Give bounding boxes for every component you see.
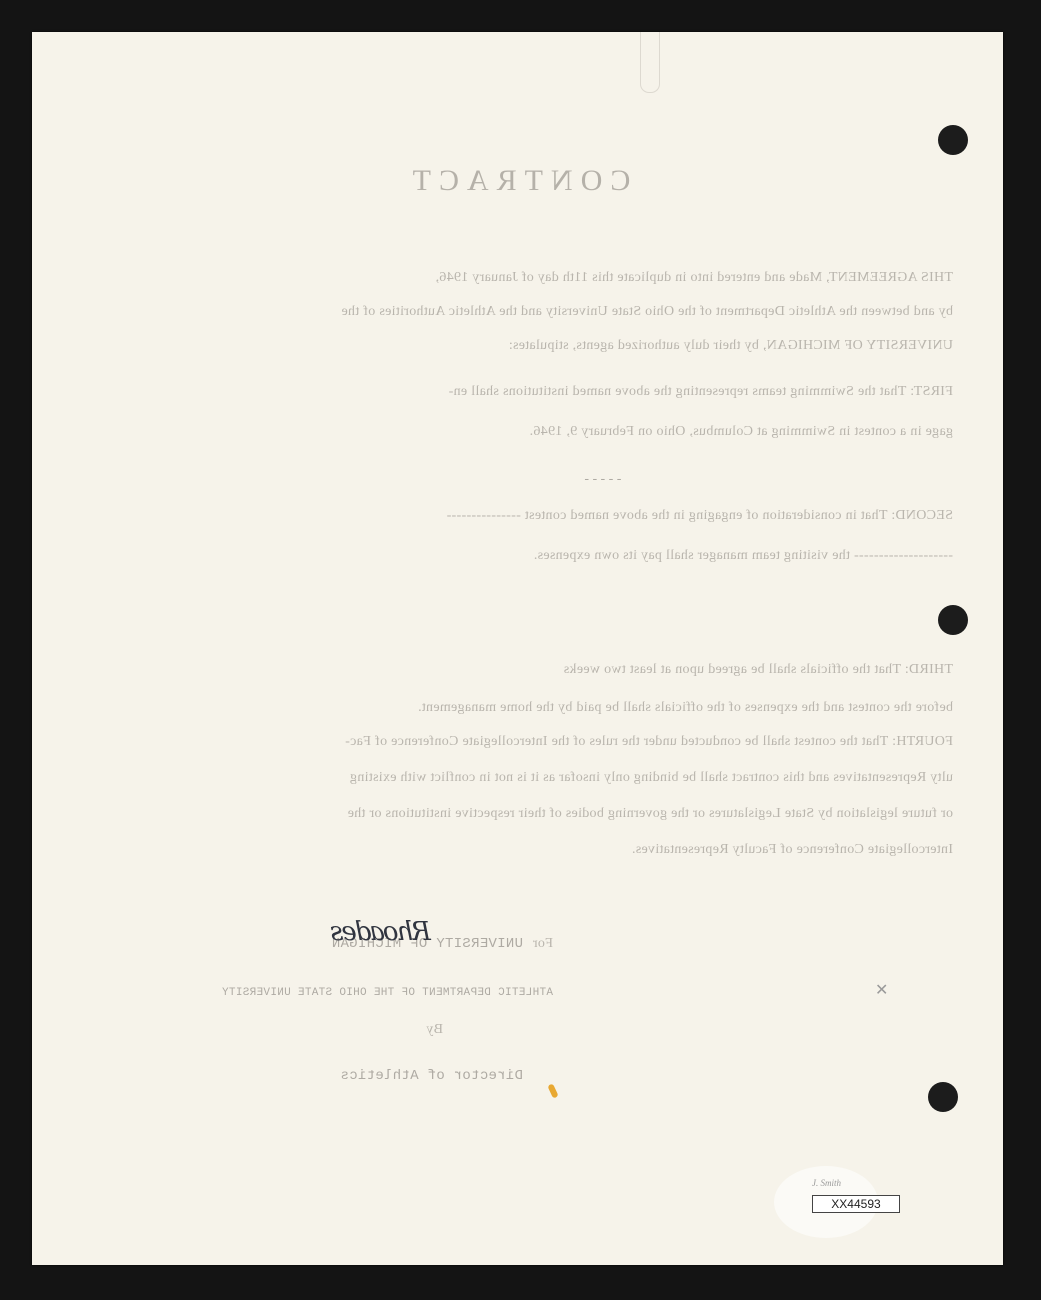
paragraph-line: FOURTH: That the contest shall be conduc… (345, 734, 953, 750)
paragraph-line: THIS AGREEMENT, Made and entered into in… (435, 270, 953, 286)
paragraph-line: FIRST: That the Swimming teams represent… (448, 384, 953, 400)
paragraph-line: ulty Representatives and this contract s… (350, 770, 953, 786)
paragraph-line: gage in a contest in Swimming at Columbu… (529, 424, 953, 440)
paragraph-line: or future legislation by State Legislatu… (347, 806, 953, 822)
document-title: CONTRACT (32, 164, 1003, 198)
paragraph-line: UNIVERSITY OF MICHIGAN, by their duly au… (509, 338, 954, 354)
paragraph-line: by and between the Athletic Department o… (341, 304, 953, 320)
for-label: For (533, 936, 553, 952)
contract-page: CONTRACT THIS AGREEMENT, Made and entere… (32, 32, 1003, 1265)
punch-hole (938, 605, 968, 635)
paragraph-line: Intercollegiate Conference of Faculty Re… (632, 842, 953, 858)
dash-line: ----- (582, 472, 623, 487)
punch-hole (928, 1082, 958, 1112)
paragraph-line: THIRD: That the officials shall be agree… (564, 662, 954, 678)
paragraph-line: -------------------- the visiting team m… (534, 548, 953, 564)
authentication-signature: J. Smith (812, 1178, 841, 1188)
paragraph-line: before the contest and the expenses of t… (418, 700, 953, 716)
authentication-label: XX44593 (812, 1195, 900, 1213)
pencil-mark: ✕ (875, 980, 888, 1000)
handwritten-signature: Rhoades (332, 917, 431, 947)
by-line: By (426, 1022, 443, 1038)
paragraph-line: SECOND: That in consideration of engagin… (446, 508, 953, 524)
counterparty-name: ATHLETIC DEPARTMENT OF THE OHIO STATE UN… (222, 987, 553, 999)
bleed-through-text: CONTRACT THIS AGREEMENT, Made and entere… (32, 32, 1003, 1265)
punch-hole (938, 125, 968, 155)
signatory-title: Director of Athletics (340, 1068, 523, 1084)
